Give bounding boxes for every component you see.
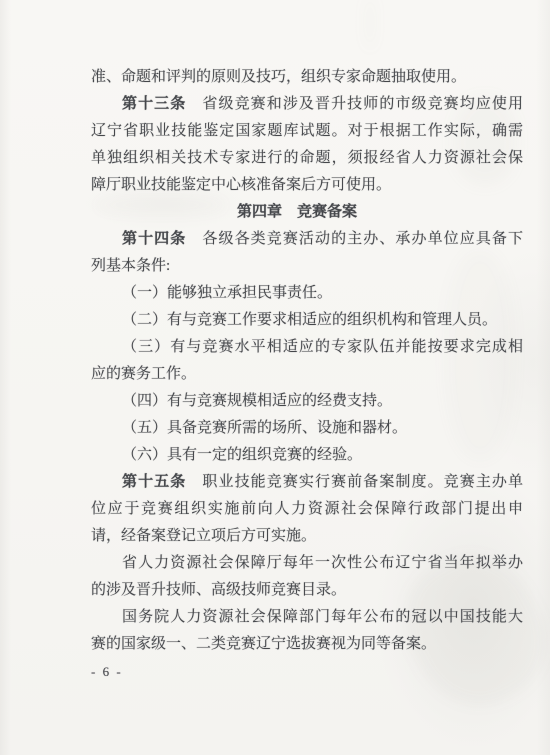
text-line: （五）具备竞赛所需的场所、设施和器材。 — [91, 415, 523, 442]
text-line: 障厅职业技能鉴定中心核准备案后方可使用。 — [91, 172, 523, 199]
text-line: 请，经备案登记立项后方可实施。 — [91, 523, 523, 550]
text-run: 赛的国家级一、二类竞赛辽宁选拔赛视为同等备案。 — [91, 636, 436, 652]
page-number: - 6 - — [91, 663, 123, 681]
text-line: （三）有与竞赛水平相适应的专家队伍并能按要求完成相 — [91, 334, 523, 361]
text-run: 列基本条件: — [91, 258, 170, 274]
document-page: 准、命题和评判的原则及技巧，组织专家命题抽取使用。第十三条 省级竞赛和涉及晋升技… — [0, 0, 550, 755]
text-run: 省级竞赛和涉及晋升技师的市级竞赛均应使用 — [186, 96, 523, 112]
text-run: 准、命题和评判的原则及技巧，组织专家命题抽取使用。 — [91, 69, 466, 85]
text-line: 第十三条 省级竞赛和涉及晋升技师的市级竞赛均应使用 — [91, 91, 523, 118]
text-line: 位应于竞赛组织实施前向人力资源社会保障行政部门提出申 — [91, 496, 523, 523]
bold-run: 第十三条 — [122, 96, 186, 112]
bold-run: 第四章 竞赛备案 — [237, 204, 357, 220]
text-line: 赛的国家级一、二类竞赛辽宁选拔赛视为同等备案。 — [91, 631, 523, 658]
text-run: 请，经备案登记立项后方可实施。 — [91, 528, 316, 544]
document-body: 准、命题和评判的原则及技巧，组织专家命题抽取使用。第十三条 省级竞赛和涉及晋升技… — [91, 64, 523, 658]
text-line: 第十四条 各级各类竞赛活动的主办、承办单位应具备下 — [91, 226, 523, 253]
text-line: （六）具有一定的组织竞赛的经验。 — [91, 442, 523, 469]
text-line: 准、命题和评判的原则及技巧，组织专家命题抽取使用。 — [91, 64, 523, 91]
text-line: 列基本条件: — [91, 253, 523, 280]
text-run: 的涉及晋升技师、高级技师竞赛目录。 — [91, 582, 346, 598]
text-run: 单独组织相关技术专家进行的命题，须报经省人力资源社会保 — [91, 150, 523, 166]
text-run: 职业技能竞赛实行赛前备案制度。竞赛主办单 — [186, 474, 523, 490]
text-run: （一）能够独立承担民事责任。 — [122, 285, 332, 301]
text-line: 应的赛务工作。 — [91, 361, 523, 388]
text-line: 国务院人力资源社会保障部门每年公布的冠以中国技能大 — [91, 604, 523, 631]
text-run: （二）有与竞赛工作要求相适应的组织机构和管理人员。 — [122, 312, 497, 328]
bold-run: 第十四条 — [122, 231, 186, 247]
text-line: 的涉及晋升技师、高级技师竞赛目录。 — [91, 577, 523, 604]
text-line: （一）能够独立承担民事责任。 — [91, 280, 523, 307]
scan-smudge — [366, 0, 374, 50]
bold-run: 第十五条 — [122, 474, 186, 490]
text-line: 辽宁省职业技能鉴定国家题库试题。对于根据工作实际，确需 — [91, 118, 523, 145]
text-run: （五）具备竞赛所需的场所、设施和器材。 — [122, 420, 407, 436]
text-run: 位应于竞赛组织实施前向人力资源社会保障行政部门提出申 — [91, 501, 523, 517]
text-run: 辽宁省职业技能鉴定国家题库试题。对于根据工作实际，确需 — [91, 123, 523, 139]
text-run: 各级各类竞赛活动的主办、承办单位应具备下 — [186, 231, 523, 247]
text-run: （四）有与竞赛规模相适应的经费支持。 — [122, 393, 392, 409]
chapter-heading: 第四章 竞赛备案 — [81, 199, 513, 226]
text-run: 障厅职业技能鉴定中心核准备案后方可使用。 — [91, 177, 391, 193]
text-run: （六）具有一定的组织竞赛的经验。 — [122, 447, 362, 463]
text-run: 应的赛务工作。 — [91, 366, 196, 382]
text-run: 国务院人力资源社会保障部门每年公布的冠以中国技能大 — [122, 609, 523, 625]
text-line: （二）有与竞赛工作要求相适应的组织机构和管理人员。 — [91, 307, 523, 334]
text-run: （三）有与竞赛水平相适应的专家队伍并能按要求完成相 — [122, 339, 523, 355]
text-line: 单独组织相关技术专家进行的命题，须报经省人力资源社会保 — [91, 145, 523, 172]
text-line: 省人力资源社会保障厅每年一次性公布辽宁省当年拟举办 — [91, 550, 523, 577]
text-line: 第十五条 职业技能竞赛实行赛前备案制度。竞赛主办单 — [91, 469, 523, 496]
text-line: （四）有与竞赛规模相适应的经费支持。 — [91, 388, 523, 415]
text-run: 省人力资源社会保障厅每年一次性公布辽宁省当年拟举办 — [122, 555, 523, 571]
